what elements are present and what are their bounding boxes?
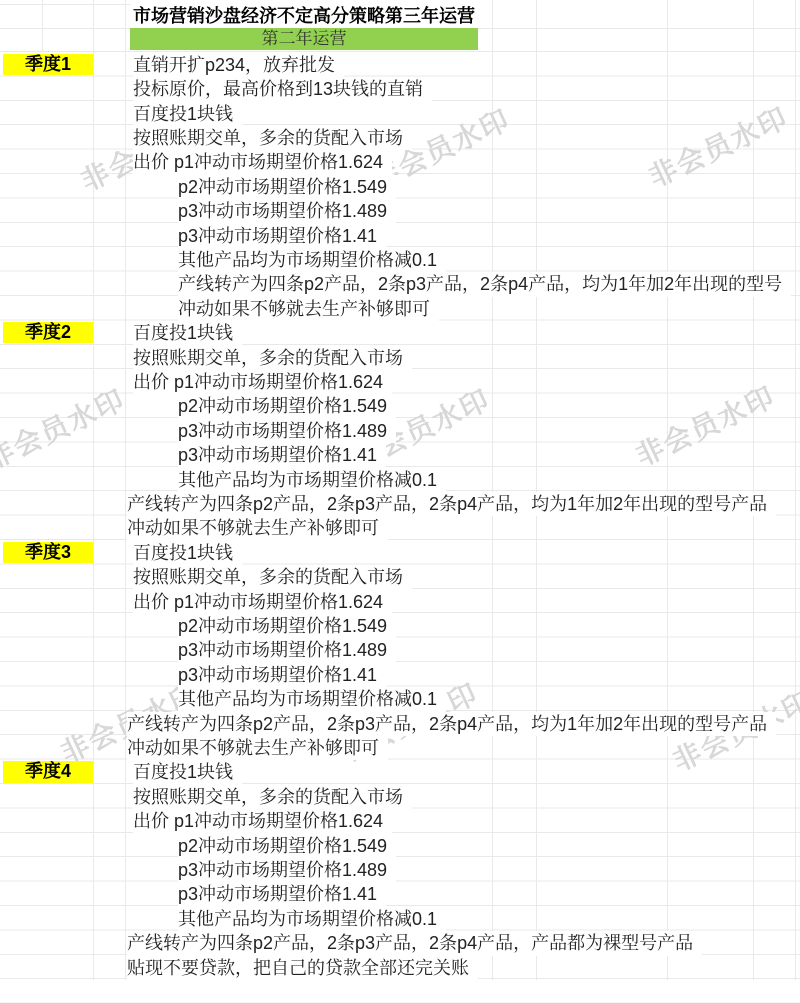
sheet-row: 百度投1块钱 [133,760,242,784]
cell-text: 出价 p1冲动市场期望价格1.624 [133,590,392,614]
sheet-row: p3冲动市场期望价格1.41 [178,443,386,467]
cell-text: 其他产品均为市场期望价格减0.1 [178,248,446,272]
cell-text: p3冲动市场期望价格1.41 [178,663,386,687]
cell-text: 出价 p1冲动市场期望价格1.624 [133,150,392,174]
cell-text: 按照账期交单，多余的货配入市场 [133,126,412,150]
cell-text: 冲动如果不够就去生产补够即可 [127,736,388,760]
cell-text: p3冲动市场期望价格1.489 [178,638,396,662]
sheet-row: 百度投1块钱 [133,321,242,345]
sheet-row: 按照账期交单，多余的货配入市场 [133,346,412,370]
cell-text: 冲动如果不够就去生产补够即可 [127,516,388,540]
sheet-row: p3冲动市场期望价格1.41 [178,224,386,248]
sheet-row: 其他产品均为市场期望价格减0.1 [178,248,446,272]
cell-text: p3冲动市场期望价格1.489 [178,199,396,223]
cell-text: 投标原价，最高价格到13块钱的直销 [133,77,432,101]
cell-text: p2冲动市场期望价格1.549 [178,834,396,858]
cell-text: 其他产品均为市场期望价格减0.1 [178,907,446,931]
quarter-label-3: 季度3 [3,542,93,564]
cell-text: p3冲动市场期望价格1.489 [178,858,396,882]
sheet-row: 出价 p1冲动市场期望价格1.624 [133,370,392,394]
cell-text: 百度投1块钱 [133,760,242,784]
cell-text: p2冲动市场期望价格1.549 [178,175,396,199]
sheet-row: 产线转产为四条p2产品，2条p3产品，2条p4产品，均为1年加2年出现的型号产品 [127,492,776,516]
cell-text: 按照账期交单，多余的货配入市场 [133,785,412,809]
sheet-row: 其他产品均为市场期望价格减0.1 [178,687,446,711]
cell-text: 产线转产为四条p2产品，2条p3产品，2条p4产品，均为1年加2年出现的型号产品 [127,712,776,736]
cell-text: p3冲动市场期望价格1.41 [178,224,386,248]
sheet-row: 百度投1块钱 [133,541,242,565]
sheet-row: 百度投1块钱 [133,102,242,126]
cell-text: 出价 p1冲动市场期望价格1.624 [133,370,392,394]
quarter-label-4: 季度4 [3,761,93,783]
cell-text: 冲动如果不够就去生产补够即可 [178,297,439,321]
sheet-row: 其他产品均为市场期望价格减0.1 [178,907,446,931]
cell-text: p2冲动市场期望价格1.549 [178,614,396,638]
sheet-row: p2冲动市场期望价格1.549 [178,834,396,858]
sheet-row: 直销开扩p234，放弃批发 [133,53,344,77]
cell-text: 百度投1块钱 [133,541,242,565]
cell-text: 产线转产为四条p2产品，2条p3产品，2条p4产品，产品都为裸型号产品 [127,931,702,955]
cell-text: 按照账期交单，多余的货配入市场 [133,346,412,370]
quarter-label-1: 季度1 [3,54,93,76]
cell-text: p3冲动市场期望价格1.489 [178,419,396,443]
cell-text: 贴现不要贷款，把自己的贷款全部还完关账 [127,956,478,980]
sheet-row: 按照账期交单，多余的货配入市场 [133,565,412,589]
sheet-row: p3冲动市场期望价格1.41 [178,663,386,687]
sheet-row: 出价 p1冲动市场期望价格1.624 [133,150,392,174]
cell-text: 产线转产为四条p2产品，2条p3产品，2条p4产品，均为1年加2年出现的型号产品 [127,492,776,516]
cell-text: 产线转产为四条p2产品，2条p3产品，2条p4产品，均为1年加2年出现的型号 [178,272,791,296]
spreadsheet-preview: 非会员水印非会员水印非会员水印非会员水印非会员水印非会员水印非会员水印非会员水印… [0,0,800,1003]
rows-layer: 季度1直销开扩p234，放弃批发投标原价，最高价格到13块钱的直销百度投1块钱按… [0,0,800,1003]
sheet-row: 按照账期交单，多余的货配入市场 [133,785,412,809]
cell-text: 百度投1块钱 [133,102,242,126]
sheet-row: p2冲动市场期望价格1.549 [178,394,396,418]
cell-text: 按照账期交单，多余的货配入市场 [133,565,412,589]
cell-text: 出价 p1冲动市场期望价格1.624 [133,809,392,833]
sheet-row: p3冲动市场期望价格1.489 [178,419,396,443]
sheet-row: 投标原价，最高价格到13块钱的直销 [133,77,432,101]
cell-text: 直销开扩p234，放弃批发 [133,53,344,77]
sheet-row: 出价 p1冲动市场期望价格1.624 [133,590,392,614]
sheet-row: p3冲动市场期望价格1.41 [178,882,386,906]
sheet-row: 出价 p1冲动市场期望价格1.624 [133,809,392,833]
sheet-row: 贴现不要贷款，把自己的贷款全部还完关账 [127,956,478,980]
sheet-row: 其他产品均为市场期望价格减0.1 [178,468,446,492]
sheet-row: 产线转产为四条p2产品，2条p3产品，2条p4产品，产品都为裸型号产品 [127,931,702,955]
sheet-row: p3冲动市场期望价格1.489 [178,199,396,223]
cell-text: p3冲动市场期望价格1.41 [178,882,386,906]
cell-text: 百度投1块钱 [133,321,242,345]
cell-text: p3冲动市场期望价格1.41 [178,443,386,467]
sheet-row: p2冲动市场期望价格1.549 [178,175,396,199]
sheet-row: 冲动如果不够就去生产补够即可 [127,736,388,760]
sheet-row: p3冲动市场期望价格1.489 [178,638,396,662]
cell-text: 其他产品均为市场期望价格减0.1 [178,468,446,492]
sheet-row: 冲动如果不够就去生产补够即可 [127,516,388,540]
quarter-label-2: 季度2 [3,322,93,344]
cell-text: p2冲动市场期望价格1.549 [178,394,396,418]
sheet-row: p3冲动市场期望价格1.489 [178,858,396,882]
cell-text: 其他产品均为市场期望价格减0.1 [178,687,446,711]
sheet-row: 产线转产为四条p2产品，2条p3产品，2条p4产品，均为1年加2年出现的型号 [178,272,791,296]
sheet-row: p2冲动市场期望价格1.549 [178,614,396,638]
sheet-row: 按照账期交单，多余的货配入市场 [133,126,412,150]
sheet-row: 冲动如果不够就去生产补够即可 [178,297,439,321]
sheet-row: 产线转产为四条p2产品，2条p3产品，2条p4产品，均为1年加2年出现的型号产品 [127,712,776,736]
